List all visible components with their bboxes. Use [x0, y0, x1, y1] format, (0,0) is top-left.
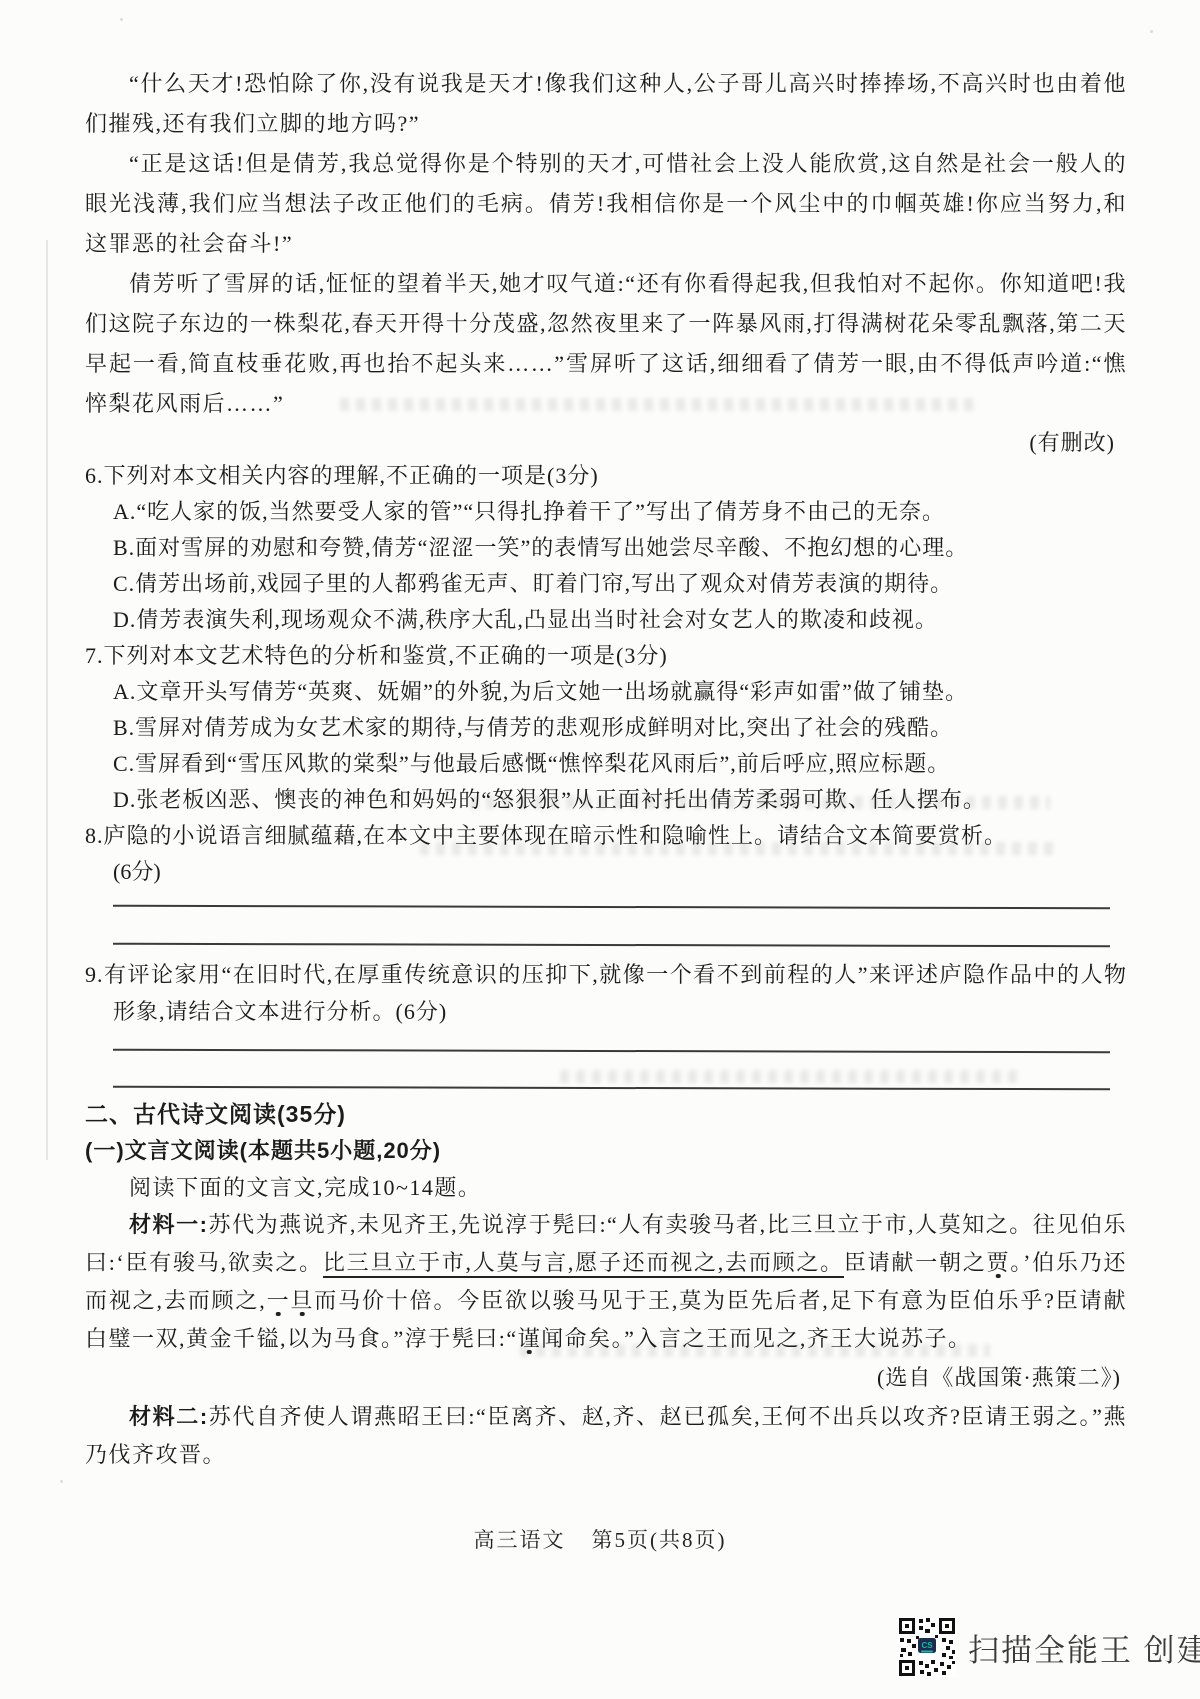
scan-speck — [120, 18, 123, 21]
question-7-option-d: D.张老板凶恶、懊丧的神色和妈妈的“怒狠狠”从正面衬托出倩芳柔弱可欺、任人摆布。 — [85, 782, 1127, 818]
scanner-watermark-label: 扫描全能王 创建 — [968, 1625, 1200, 1670]
question-8-score: (6分) — [85, 854, 1127, 890]
material-1-source: (选自《战国策·燕策二》) — [85, 1362, 1127, 1394]
section-2-title: 二、古代诗文阅读(35分) — [85, 1096, 1127, 1132]
question-8: 8.庐隐的小说语言细腻蕴藉,在本文中主要体现在暗示性和隐喻性上。请结合文本简要赏… — [85, 818, 1127, 890]
modern-text-section: “什么天才!恐怕除了你,没有说我是天才!像我们这种人,公子哥儿高兴时捧捧场,不高… — [85, 64, 1127, 890]
question-9: 9.有评论家用“在旧时代,在厚重传统意识的压抑下,就像一个看不到前程的人”来评述… — [85, 956, 1127, 1030]
question-7-option-c: C.雪屏看到“雪压风欺的棠梨”与他最后感慨“憔悴梨花风雨后”,前后呼应,照应标题… — [85, 746, 1127, 782]
passage-paragraph-3: 倩芳听了雪屏的话,怔怔的望着半天,她才叹气道:“还有你看得起我,但我怕对不起你。… — [85, 264, 1127, 424]
svg-text:CS: CS — [921, 1641, 933, 1650]
answer-line — [113, 905, 1110, 910]
answer-line — [113, 943, 1110, 948]
passage-edit-note: (有删改) — [85, 428, 1127, 458]
question-6-option-c: C.倩芳出场前,戏园子里的人都鸦雀无声、盯着门帘,写出了观众对倩芳表演的期待。 — [85, 566, 1127, 602]
scan-speck — [1150, 30, 1153, 33]
question-6-option-b: B.面对雪屏的劝慰和夸赞,倩芳“涩涩一笑”的表情写出她尝尽辛酸、不抱幻想的心理。 — [85, 530, 1127, 566]
reading-instruction: 阅读下面的文言文,完成10~14题。 — [85, 1169, 1127, 1206]
qr-code-icon: CS — [898, 1617, 956, 1677]
passage-paragraph-2: “正是这话!但是倩芳,我总觉得你是个特别的天才,可惜社会上没人能欣赏,这自然是社… — [85, 144, 1127, 264]
scanner-watermark: CS 扫描全能王 创建 — [898, 1617, 1200, 1677]
classical-text-section: 二、古代诗文阅读(35分) (一)文言文阅读(本题共5小题,20分) 阅读下面的… — [85, 1096, 1127, 1474]
question-6-option-d: D.倩芳表演失利,现场观众不满,秩序大乱,凸显出当时社会对女艺人的欺凌和歧视。 — [85, 602, 1127, 638]
material-2-text: 材料二:苏代自齐使人谓燕昭王曰:“臣离齐、赵,齐、赵已孤矣,王何不出兵以攻齐?臣… — [85, 1398, 1127, 1474]
question-6: 6.下列对本文相关内容的理解,不正确的一项是(3分) A.“吃人家的饭,当然要受… — [85, 458, 1127, 638]
footer-page-number: 第5页(共8页) — [592, 1528, 727, 1552]
answer-line — [113, 1049, 1110, 1054]
question-7-stem: 7.下列对本文艺术特色的分析和鉴赏,不正确的一项是(3分) — [85, 638, 1127, 674]
question-8-stem: 8.庐隐的小说语言细腻蕴藉,在本文中主要体现在暗示性和隐喻性上。请结合文本简要赏… — [85, 818, 1127, 854]
scan-speck — [60, 1480, 63, 1483]
passage-paragraph-1: “什么天才!恐怕除了你,没有说我是天才!像我们这种人,公子哥儿高兴时捧捧场,不高… — [85, 64, 1127, 144]
page-footer: 高三语文第5页(共8页) — [0, 1524, 1200, 1554]
bleedthrough-artifact — [560, 1070, 1020, 1083]
question-9-stem: 9.有评论家用“在旧时代,在厚重传统意识的压抑下,就像一个看不到前程的人”来评述… — [85, 956, 1127, 1030]
answer-line — [113, 1086, 1110, 1091]
question-7-option-b: B.雪屏对倩芳成为女艺术家的期待,与倩芳的悲观形成鲜明对比,突出了社会的残酷。 — [85, 710, 1127, 746]
material-1-text: 材料一:苏代为燕说齐,未见齐王,先说淳于髡曰:“人有卖骏马者,比三旦立于市,人莫… — [85, 1206, 1127, 1358]
question-7-option-a: A.文章开头写倩芳“英爽、妩媚”的外貌,为后文她一出场就赢得“彩声如雷”做了铺垫… — [85, 674, 1127, 710]
scanned-exam-page: “什么天才!恐怕除了你,没有说我是天才!像我们这种人,公子哥儿高兴时捧捧场,不高… — [0, 0, 1200, 1699]
scan-streak-artifact — [46, 240, 48, 1160]
footer-course-label: 高三语文 — [474, 1528, 566, 1552]
question-6-option-a: A.“吃人家的饭,当然要受人家的管”“只得扎挣着干了”写出了倩芳身不由己的无奈。 — [85, 494, 1127, 530]
subsection-title: (一)文言文阅读(本题共5小题,20分) — [85, 1132, 1127, 1169]
question-7: 7.下列对本文艺术特色的分析和鉴赏,不正确的一项是(3分) A.文章开头写倩芳“… — [85, 638, 1127, 818]
question-6-stem: 6.下列对本文相关内容的理解,不正确的一项是(3分) — [85, 458, 1127, 494]
